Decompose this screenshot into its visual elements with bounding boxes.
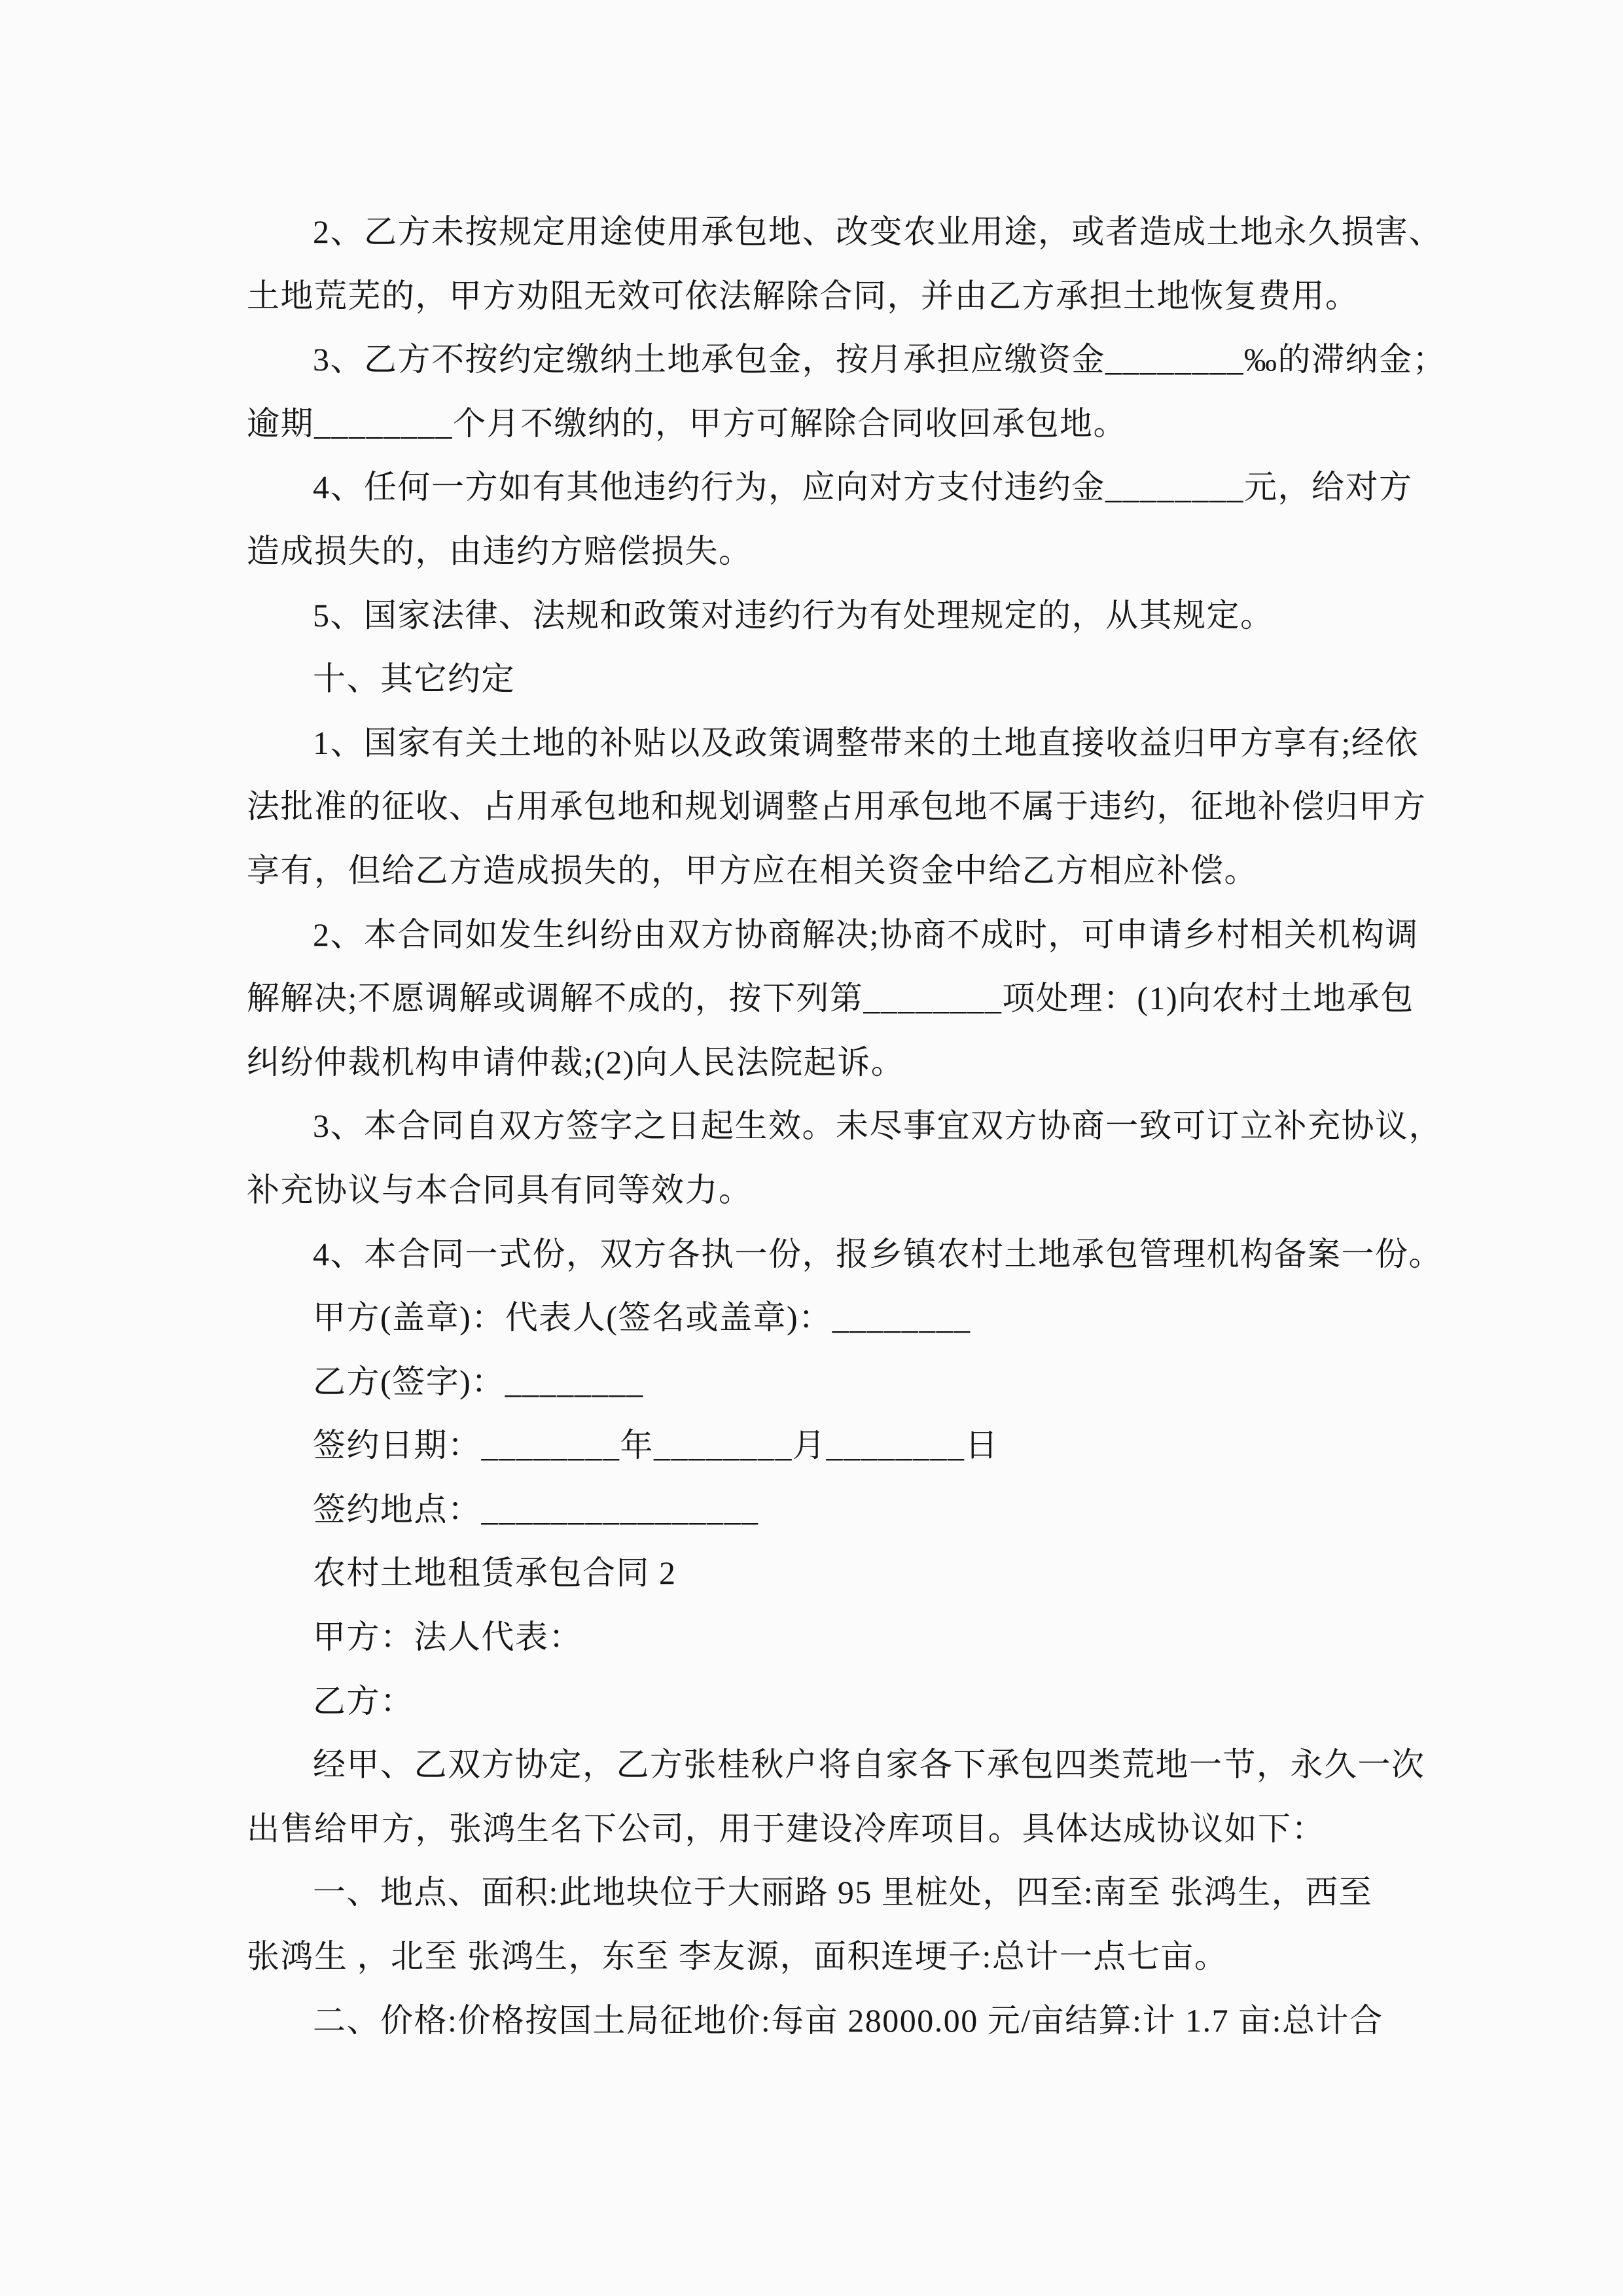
text-line: 乙方(签字)：________: [247, 1350, 1400, 1414]
text-line: 土地荒芜的，甲方劝阻无效可依法解除合同，并由乙方承担土地恢复费用。: [247, 264, 1400, 329]
text-line: 法批准的征收、占用承包地和规划调整占用承包地不属于违约，征地补偿归甲方: [247, 775, 1400, 839]
text-line: 4、任何一方如有其他违约行为，应向对方支付违约金________元，给对方: [247, 456, 1400, 520]
text-line: 甲方(盖章)：代表人(签名或盖章)：________: [247, 1286, 1400, 1350]
text-line: 1、国家有关土地的补贴以及政策调整带来的土地直接收益归甲方享有;经依: [247, 711, 1400, 776]
text-line: 逾期________个月不缴纳的，甲方可解除合同收回承包地。: [247, 392, 1400, 456]
text-line: 2、乙方未按规定用途使用承包地、改变农业用途，或者造成土地永久损害、: [247, 200, 1400, 264]
text-line: 造成损失的，由违约方赔偿损失。: [247, 520, 1400, 584]
text-line: 补充协议与本合同具有同等效力。: [247, 1158, 1400, 1223]
text-line: 4、本合同一式份，双方各执一份，报乡镇农村土地承包管理机构备案一份。: [247, 1223, 1400, 1287]
text-line: 乙方：: [247, 1670, 1400, 1734]
text-line: 享有，但给乙方造成损失的，甲方应在相关资金中给乙方相应补偿。: [247, 839, 1400, 903]
text-line: 3、乙方不按约定缴纳土地承包金，按月承担应缴资金________‰的滞纳金；: [247, 328, 1400, 392]
text-line: 一、地点、面积:此地块位于大丽路 95 里桩处，四至:南至 张鸿生，西至: [247, 1861, 1400, 1925]
text-line: 张鸿生 ，北至 张鸿生，东至 李友源，面积连埂子:总计一点七亩。: [247, 1925, 1400, 1989]
text-line: 5、国家法律、法规和政策对违约行为有处理规定的，从其规定。: [247, 584, 1400, 648]
text-line: 经甲、乙双方协定，乙方张桂秋户将自家各下承包四类荒地一节，永久一次: [247, 1733, 1400, 1797]
text-line: 农村土地租赁承包合同 2: [247, 1541, 1400, 1605]
document-body: 2、乙方未按规定用途使用承包地、改变农业用途，或者造成土地永久损害、土地荒芜的，…: [247, 200, 1400, 2053]
text-line: 签约地点：________________: [247, 1478, 1400, 1542]
text-line: 纠纷仲裁机构申请仲裁;(2)向人民法院起诉。: [247, 1031, 1400, 1095]
text-line: 出售给甲方，张鸿生名下公司，用于建设冷库项目。具体达成协议如下：: [247, 1797, 1400, 1861]
text-line: 2、本合同如发生纠纷由双方协商解决;协商不成时，可申请乡村相关机构调: [247, 903, 1400, 967]
text-line: 签约日期：________年________月________日: [247, 1414, 1400, 1478]
text-line: 解解决;不愿调解或调解不成的，按下列第________项处理：(1)向农村土地承…: [247, 967, 1400, 1031]
text-line: 3、本合同自双方签字之日起生效。未尽事宜双方协商一致可订立补充协议，: [247, 1094, 1400, 1158]
text-line: 甲方：法人代表：: [247, 1605, 1400, 1670]
text-line: 二、价格:价格按国土局征地价:每亩 28000.00 元/亩结算:计 1.7 亩…: [247, 1989, 1400, 2053]
document-page: 2、乙方未按规定用途使用承包地、改变农业用途，或者造成土地永久损害、土地荒芜的，…: [0, 0, 1623, 2296]
text-line: 十、其它约定: [247, 647, 1400, 711]
